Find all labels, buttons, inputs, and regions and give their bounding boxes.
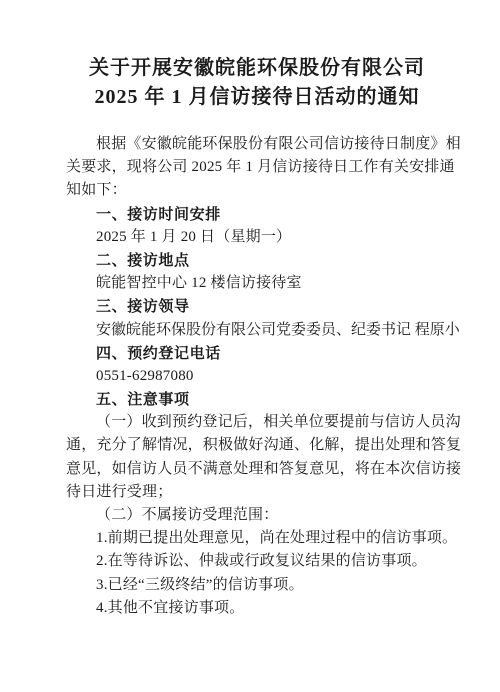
notes-list-item: 1.前期已提出处理意见，尚在处理过程中的信访事项。 [66, 527, 448, 550]
section-heading-phone: 四、预约登记电话 [66, 342, 448, 365]
notes-line: （一）收到预约登记后，相关单位要提前与信访人员沟 [66, 411, 448, 434]
notes-list-item: 4.其他不宜接访事项。 [66, 597, 448, 620]
notes-list-item: 2.在等待诉讼、仲裁或行政复议结果的信访事项。 [66, 550, 448, 573]
section-heading-notes: 五、注意事项 [66, 388, 448, 411]
intro-line: 根据《安徽皖能环保股份有限公司信访接待日制度》相 [66, 133, 448, 156]
section-time-value: 2025 年 1 月 20 日（星期一） [66, 226, 448, 249]
intro-line: 关要求，现将公司 2025 年 1 月信访接待日工作有关安排通 [66, 156, 448, 179]
document-page: 关于开展安徽皖能环保股份有限公司 2025 年 1 月信访接待日活动的通知 根据… [0, 0, 500, 692]
notes-line: 待日进行受理； [66, 481, 448, 504]
section-heading-time: 一、接访时间安排 [66, 203, 448, 226]
intro-line: 知如下： [66, 179, 448, 202]
notes-line: 意见，如信访人员不满意处理和答复意见，将在本次信访接 [66, 458, 448, 481]
document-title: 关于开展安徽皖能环保股份有限公司 2025 年 1 月信访接待日活动的通知 [66, 54, 448, 112]
section-heading-leader: 三、接访领导 [66, 295, 448, 318]
section-location-value: 皖能智控中心 12 楼信访接待室 [66, 272, 448, 295]
title-line-2: 2025 年 1 月信访接待日活动的通知 [66, 83, 448, 112]
notice-document: 关于开展安徽皖能环保股份有限公司 2025 年 1 月信访接待日活动的通知 根据… [0, 0, 500, 620]
document-body: 根据《安徽皖能环保股份有限公司信访接待日制度》相 关要求，现将公司 2025 年… [66, 133, 448, 620]
notes-line: 通，充分了解情况，积极做好沟通、化解，提出处理和答复 [66, 434, 448, 457]
notes-line: （二）不属接访受理范围： [66, 504, 448, 527]
title-line-1: 关于开展安徽皖能环保股份有限公司 [66, 54, 448, 83]
notes-list-item: 3.已经“三级终结”的信访事项。 [66, 574, 448, 597]
section-heading-location: 二、接访地点 [66, 249, 448, 272]
section-leader-value: 安徽皖能环保股份有限公司党委委员、纪委书记 程原小 [66, 319, 448, 342]
section-phone-value: 0551-62987080 [66, 365, 448, 388]
